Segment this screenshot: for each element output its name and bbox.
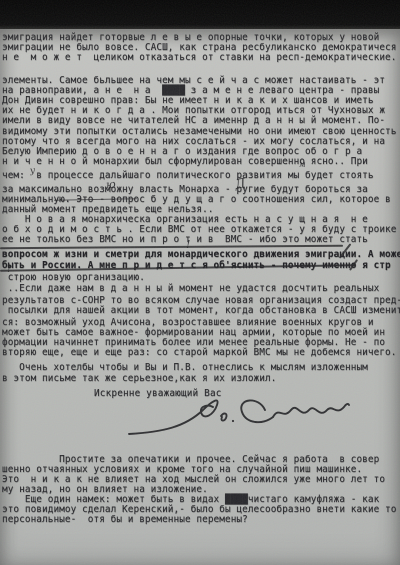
typed-line: чем: в процессе дальйшаго политического …: [2, 171, 374, 181]
typed-line: имели в виду вовсе не читателей НС а име…: [2, 116, 385, 126]
typed-line-postscript: персональные- отя бы и временные перемен…: [2, 515, 248, 525]
letter-photo: эмиграция найдет готорвые л е в ы е опор…: [0, 0, 400, 565]
typed-line: ее не только без ВМС но и п р о т и в ВМ…: [2, 235, 368, 245]
typed-text-layer: эмиграция найдет готорвые л е в ы е опор…: [0, 0, 400, 565]
typed-line: вторяю еще, еще и еще раз: со старой мар…: [2, 348, 397, 358]
typed-line: Очень хотелбы чтобы и Вы и П.В. отнеслис…: [2, 363, 368, 373]
typed-line: посылки для нашей акции в тот момент, ко…: [2, 306, 400, 316]
handwritten-insertion: м: [299, 160, 306, 169]
typed-line: ..Если даже нам в д а н н ы й момент не …: [2, 284, 379, 294]
typed-line: н и ч е н н о й монархии был сформулиров…: [2, 157, 368, 167]
handwritten-exclamation-mark: !: [7, 264, 11, 275]
signature-handwritten: Ив. Солоневич: [125, 394, 350, 442]
typed-line: в этом письме так же серьезное,как я их …: [2, 374, 276, 384]
handwritten-insertion: Д: [234, 176, 247, 193]
typed-line: н е м о ж е т целиком отказаться от став…: [2, 53, 397, 63]
handwritten-insertion: ю: [105, 178, 116, 192]
typed-line: строю новую организацию.: [2, 273, 145, 283]
handwritten-exclamation-mark: !: [186, 238, 190, 251]
